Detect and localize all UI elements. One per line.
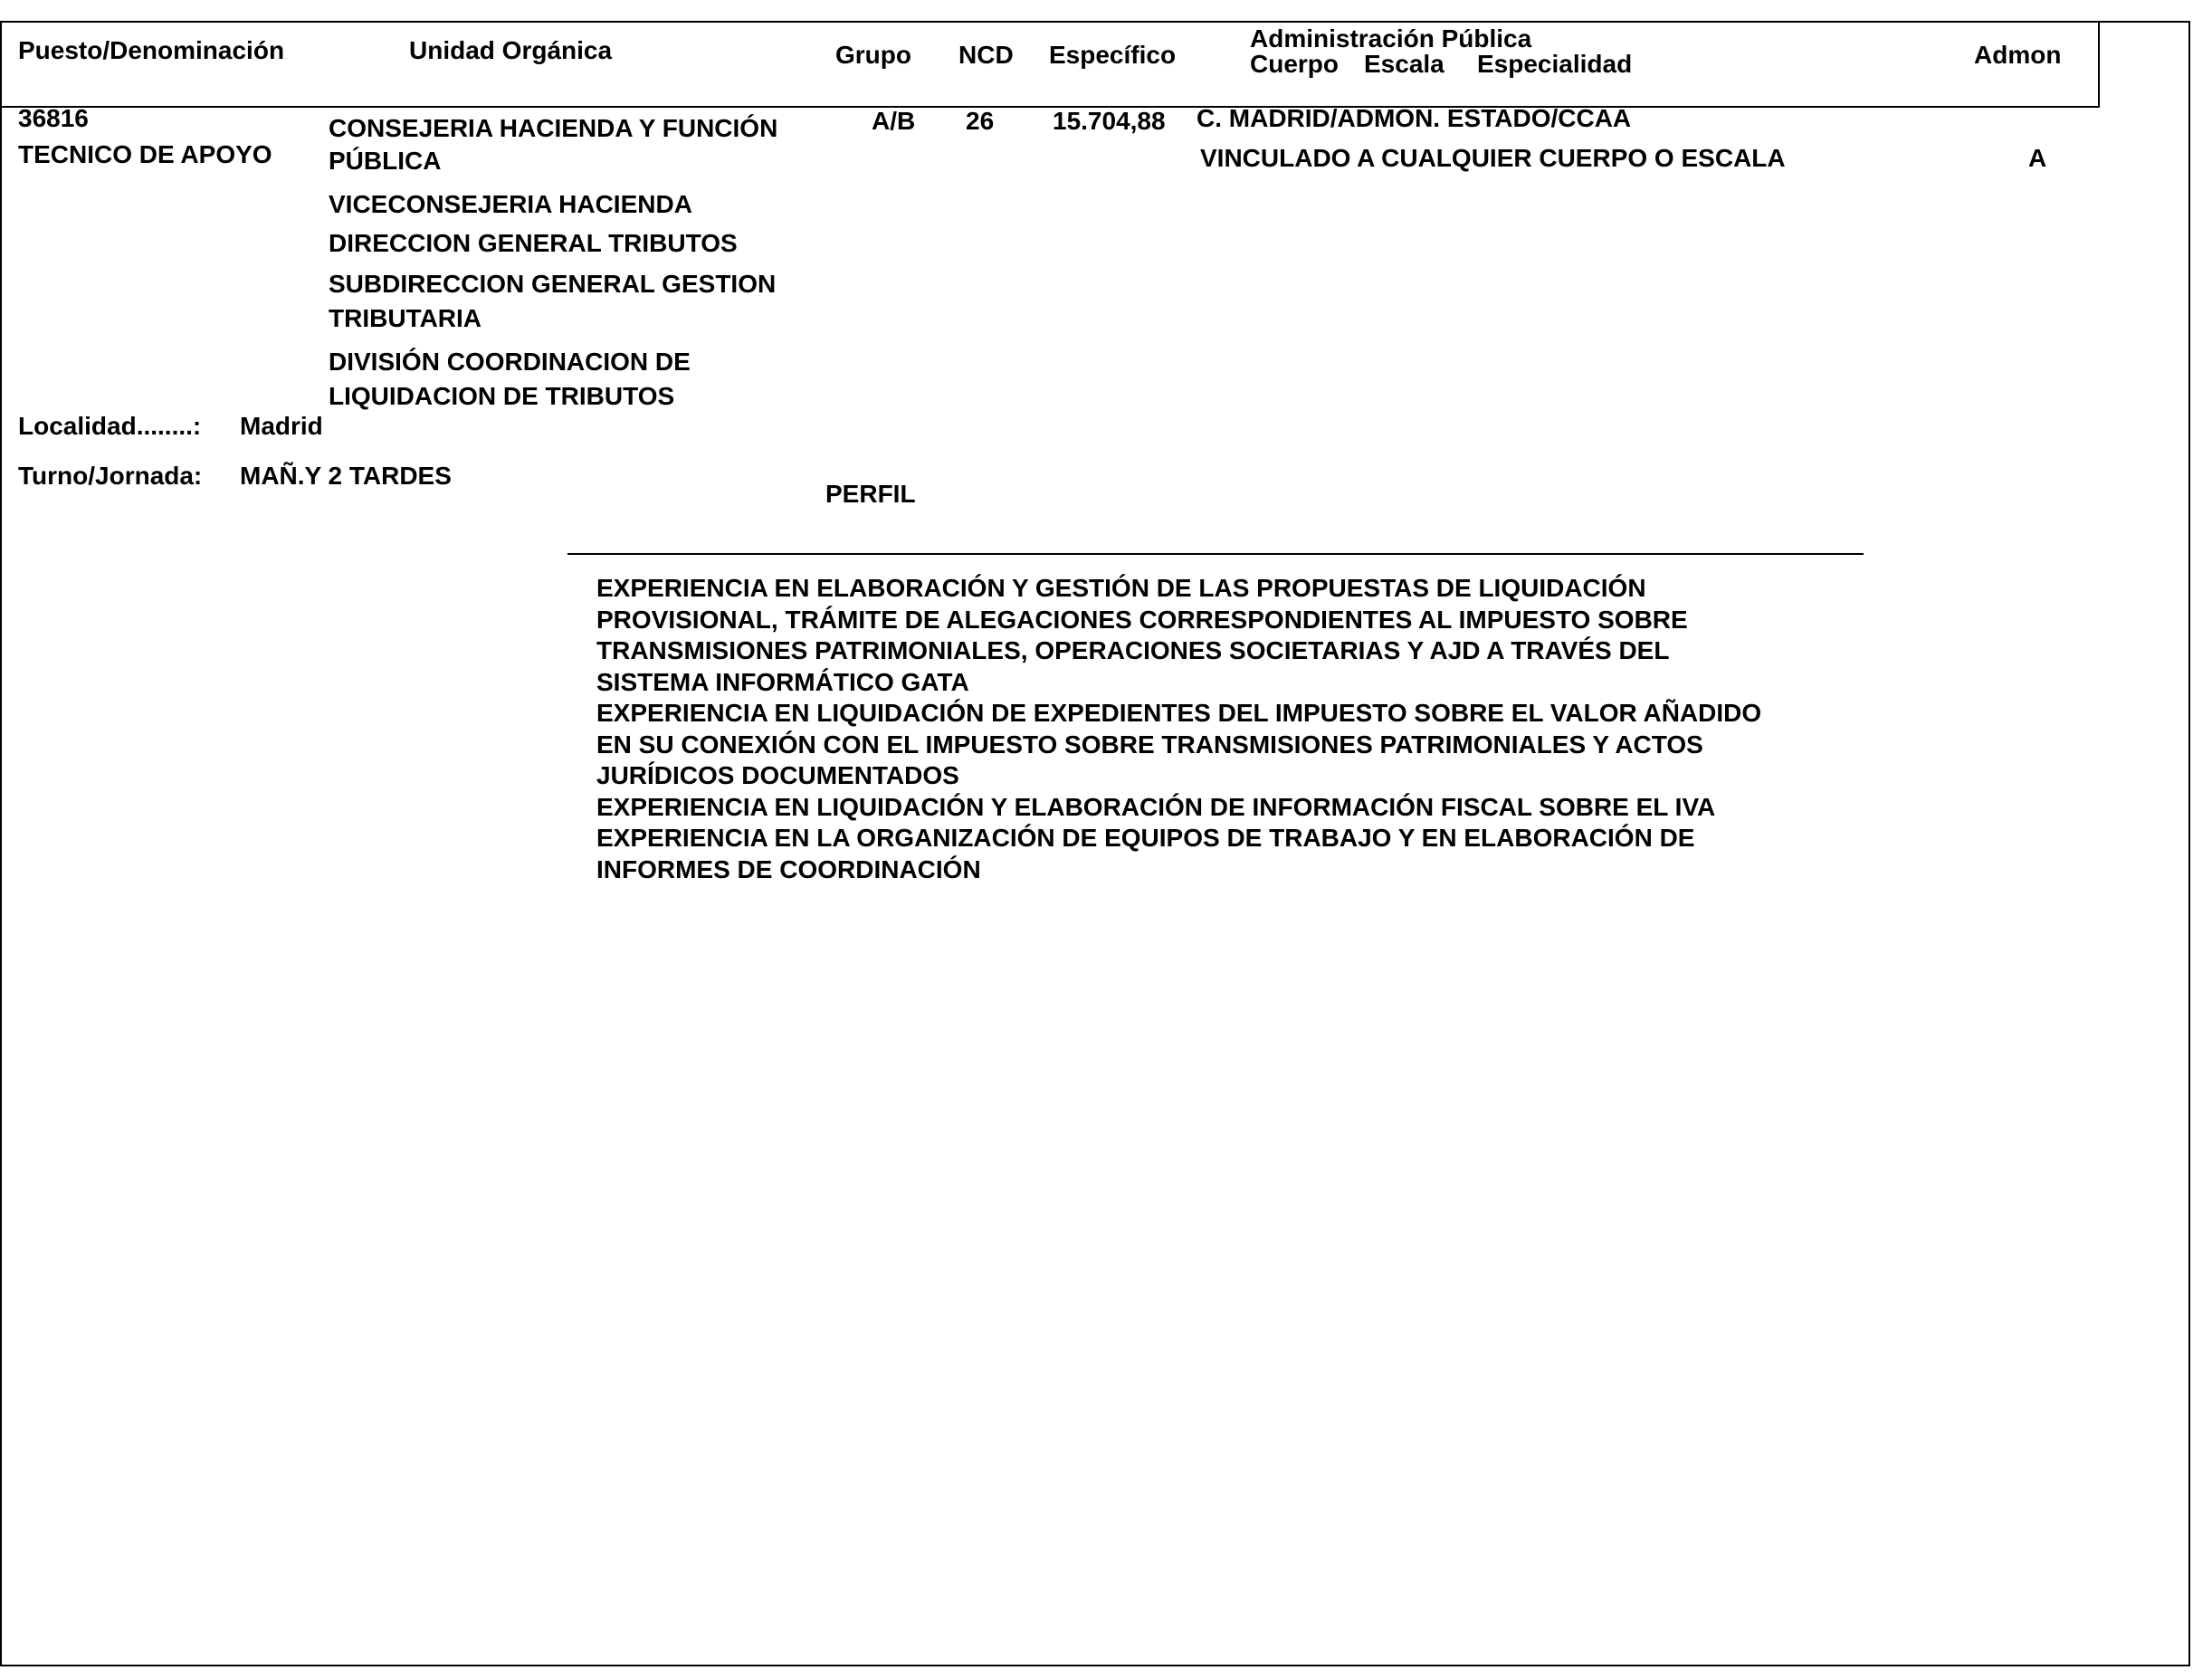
header-puesto: Puesto/Denominación [18,38,284,63]
puesto-codigo: 36816 [18,106,89,131]
perfil-line: SISTEMA INFORMÁTICO GATA [596,667,1761,699]
unidad-organica-line: CONSEJERIA HACIENDA Y FUNCIÓN [329,116,777,141]
perfil-line: EN SU CONEXIÓN CON EL IMPUESTO SOBRE TRA… [596,730,1761,761]
unidad-organica-line: TRIBUTARIA [329,306,481,331]
unidad-organica-line: PÚBLICA [329,148,441,174]
localidad-value: Madrid [240,414,323,439]
grupo-value: A/B [872,109,915,134]
header-admon: Admon [1974,43,2061,68]
perfil-line: JURÍDICOS DOCUMENTADOS [596,760,1761,792]
perfil-divider [567,553,1864,555]
header-cuerpo: Cuerpo [1250,52,1339,77]
header-especifico: Específico [1049,43,1176,68]
perfil-line: INFORMES DE COORDINACIÓN [596,854,1761,886]
header-grupo: Grupo [835,43,911,68]
perfil-line: EXPERIENCIA EN LIQUIDACIÓN DE EXPEDIENTE… [596,698,1761,730]
localidad-label: Localidad........: [18,414,201,439]
cuerpo-escala-value: VINCULADO A CUALQUIER CUERPO O ESCALA [1200,146,1786,171]
header-unidad-organica: Unidad Orgánica [409,38,612,63]
perfil-line: PROVISIONAL, TRÁMITE DE ALEGACIONES CORR… [596,605,1761,636]
unidad-organica-line: DIRECCION GENERAL TRIBUTOS [329,231,738,256]
ncd-value: 26 [966,109,994,134]
perfil-line: EXPERIENCIA EN ELABORACIÓN Y GESTIÓN DE … [596,573,1761,605]
turno-label: Turno/Jornada: [18,463,202,489]
perfil-lines: EXPERIENCIA EN ELABORACIÓN Y GESTIÓN DE … [596,573,1761,885]
puesto-denominacion: TECNICO DE APOYO [18,142,272,167]
unidad-organica-line: SUBDIRECCION GENERAL GESTION [329,272,776,297]
header-ncd: NCD [958,43,1014,68]
unidad-organica-line: VICECONSEJERIA HACIENDA [329,192,692,217]
unidad-organica-line: LIQUIDACION DE TRIBUTOS [329,384,674,409]
especifico-value: 15.704,88 [1053,109,1166,134]
perfil-title: PERFIL [825,482,916,507]
header-especialidad: Especialidad [1477,52,1632,77]
unidad-organica-line: DIVISIÓN COORDINACION DE [329,349,691,375]
perfil-line: TRANSMISIONES PATRIMONIALES, OPERACIONES… [596,635,1761,667]
turno-value: MAÑ.Y 2 TARDES [240,463,452,489]
perfil-line: EXPERIENCIA EN LA ORGANIZACIÓN DE EQUIPO… [596,823,1761,854]
header-administracion-publica: Administración Pública [1250,26,1531,52]
perfil-line: EXPERIENCIA EN LIQUIDACIÓN Y ELABORACIÓN… [596,792,1761,824]
administracion-publica-value: C. MADRID/ADMON. ESTADO/CCAA [1197,106,1631,131]
header-escala: Escala [1364,52,1444,77]
admon-value: A [2028,146,2046,171]
